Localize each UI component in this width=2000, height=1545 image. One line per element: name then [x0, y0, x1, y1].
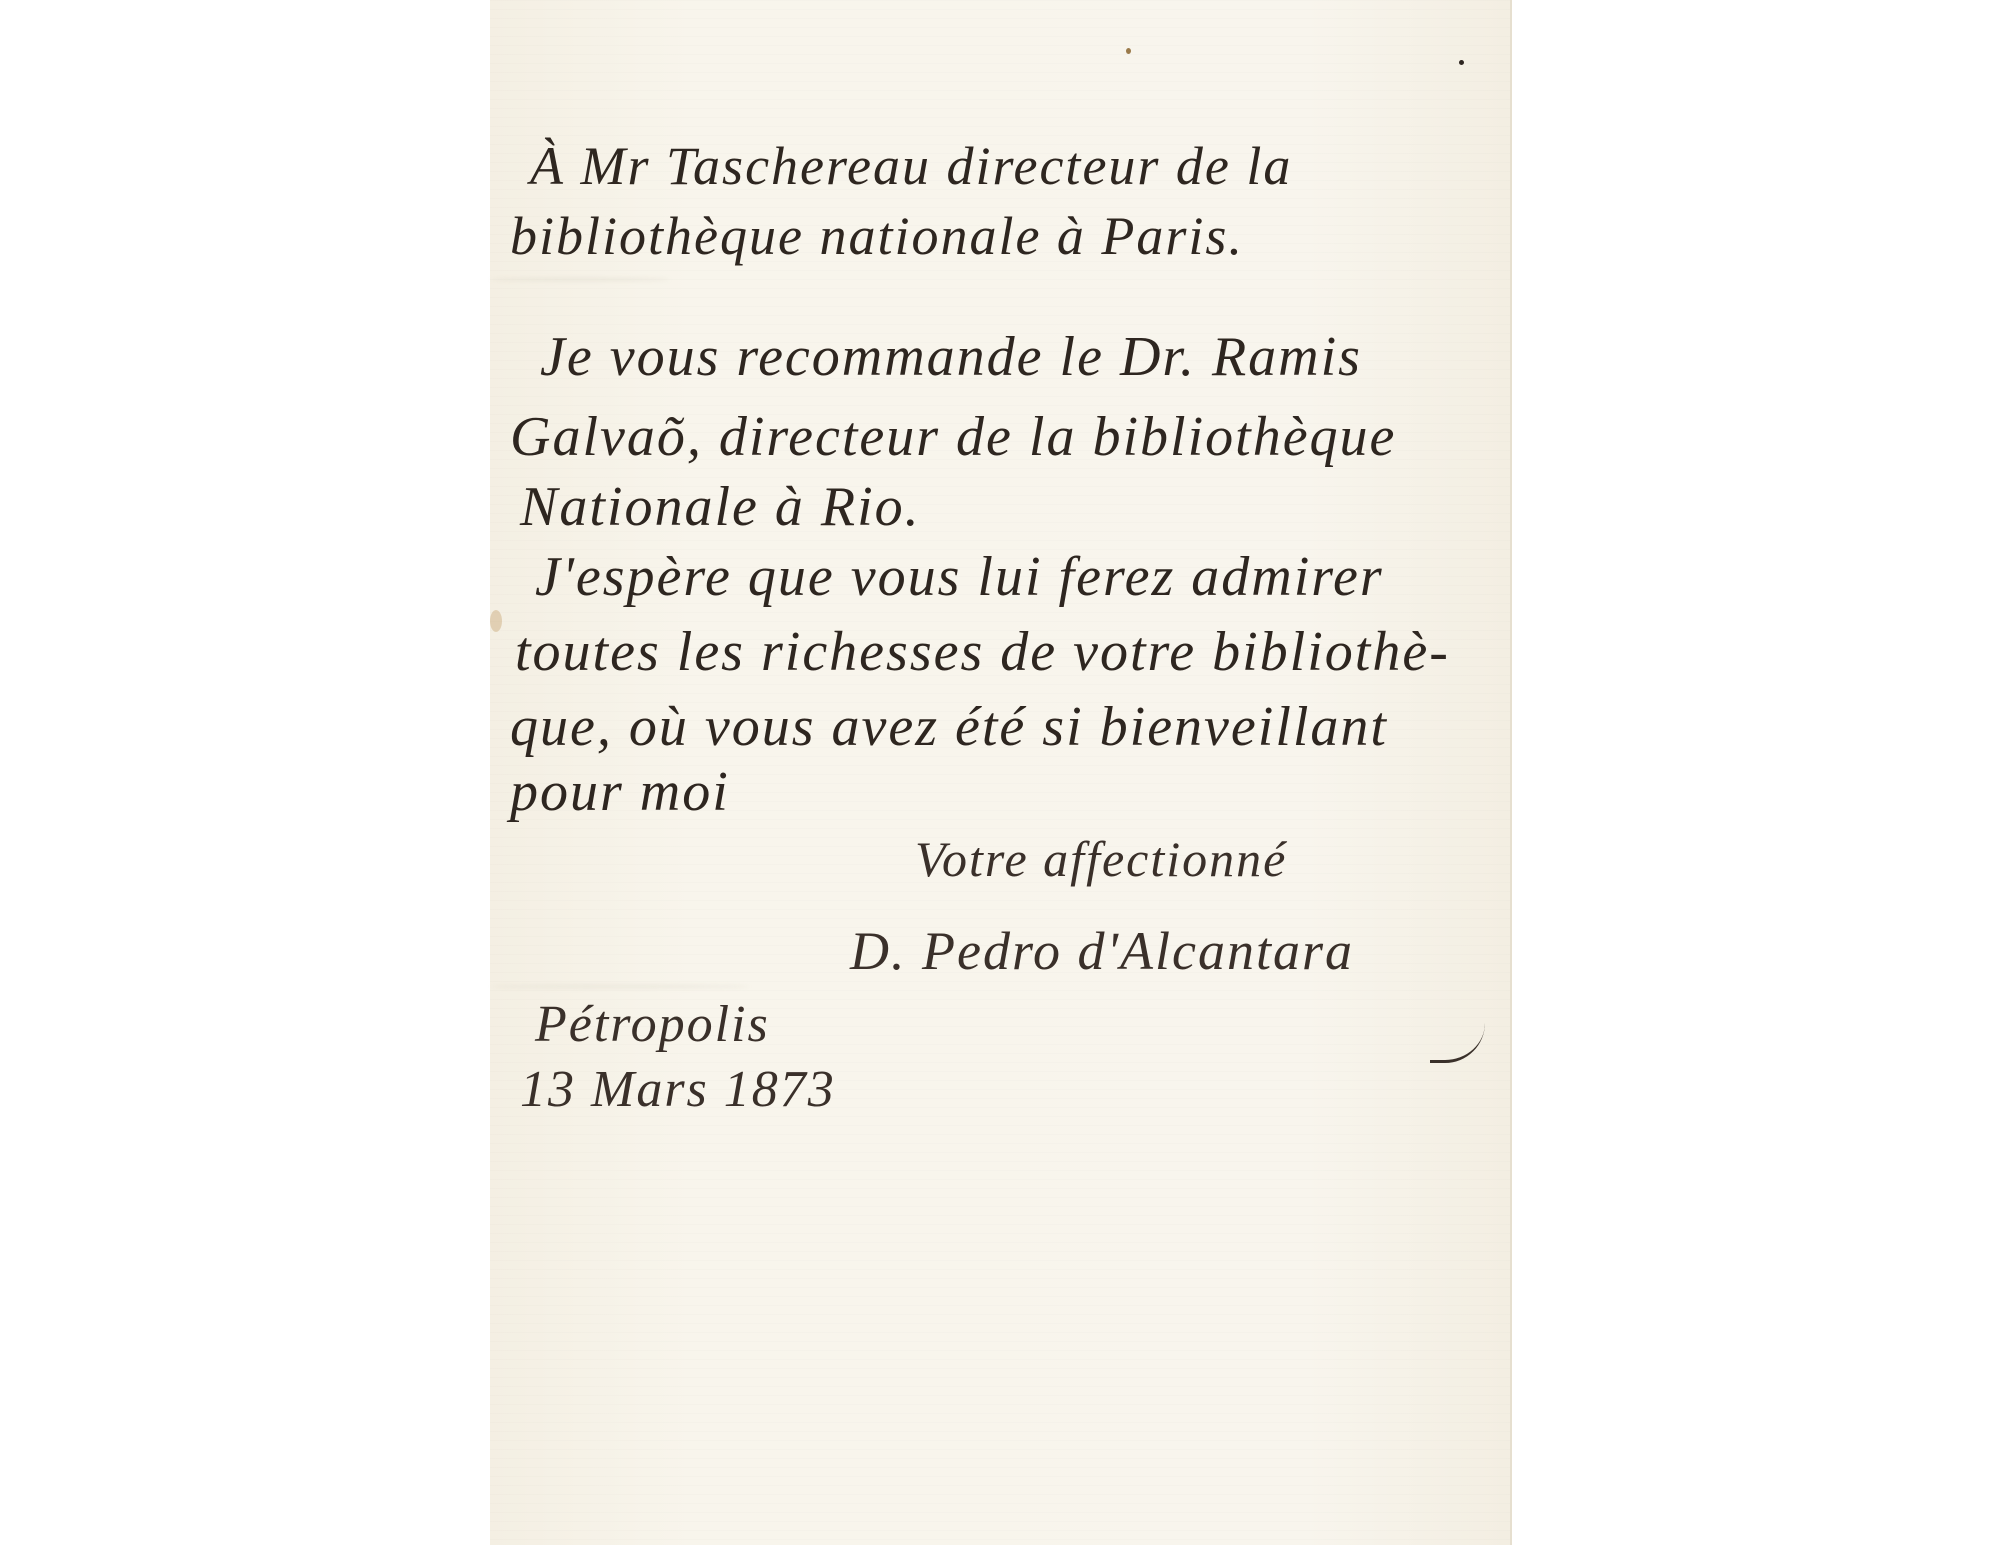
ink-spot [1126, 48, 1131, 54]
signature: D. Pedro d'Alcantara [850, 920, 1354, 982]
letter-paper: À Mr Taschereau directeur de la biblioth… [490, 0, 1512, 1545]
place: Pétropolis [535, 995, 770, 1054]
paper-crease [490, 278, 670, 281]
body-line-2: Galvaõ, directeur de la bibliothèque [510, 405, 1396, 469]
body-line-1: Je vous recommande le Dr. Ramis [540, 325, 1362, 389]
body-line-3: Nationale à Rio. [520, 475, 921, 539]
closing: Votre affectionné [915, 830, 1287, 888]
foxing-spot [490, 610, 502, 632]
address-line-1: À Mr Taschereau directeur de la [530, 135, 1292, 197]
date: 13 Mars 1873 [520, 1060, 836, 1119]
address-line-2: bibliothèque nationale à Paris. [510, 205, 1244, 267]
body-line-5: toutes les richesses de votre bibliothè- [515, 620, 1450, 684]
signature-flourish [1430, 990, 1485, 1063]
body-line-6: que, où vous avez été si bienveillant [510, 695, 1388, 759]
paper-crease [490, 985, 750, 988]
ink-spot [1459, 60, 1464, 65]
body-line-4: J'espère que vous lui ferez admirer [535, 545, 1384, 609]
body-line-7: pour moi [510, 760, 730, 824]
